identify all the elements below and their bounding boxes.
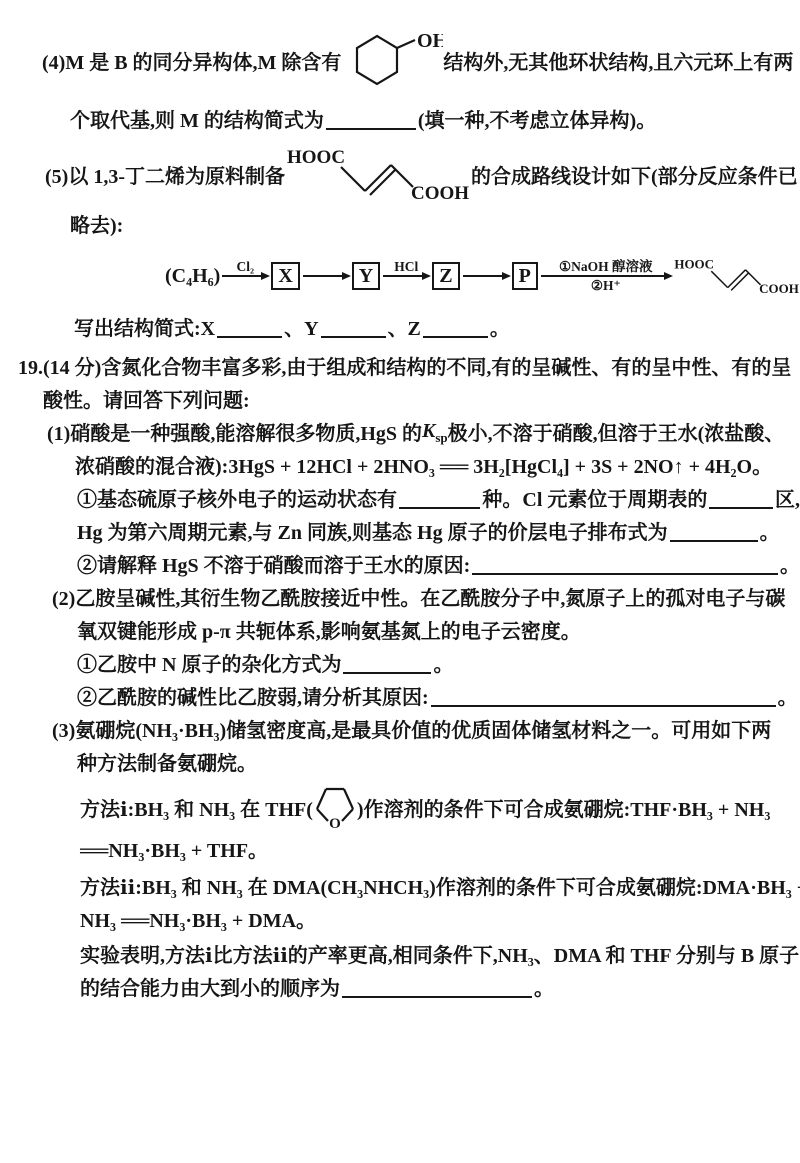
answer-blank-periodic-block <box>709 487 773 509</box>
q19-p2-sub1-text: ①乙胺中 N 原子的杂化方式为 <box>77 648 341 677</box>
svg-text:O: O <box>329 816 341 832</box>
answer-blank-x <box>217 316 282 338</box>
conclusion-period: 。 <box>534 972 554 1001</box>
arrow4-bottom-spacer <box>484 277 488 294</box>
q19-heading-text2: 酸性。请回答下列问题: <box>43 384 250 413</box>
q19-p3-conclusion-line2: 的结合能力由大到小的顺序为 。 <box>80 970 800 1003</box>
arrow3-reagent-label: HCl <box>392 258 420 275</box>
answers-y-label: 、Y <box>284 312 318 341</box>
thf-structure: O <box>313 782 357 832</box>
q19-p1-text2: 极小,不溶于硝酸,但溶于王水(浓盐酸、 <box>448 417 785 446</box>
q19-p2-sub2-period: 。 <box>778 681 798 710</box>
fumaric-acid-product-structure: HOOC COOH <box>673 246 800 306</box>
exam-paper-page: (4)M 是 B 的同分异构体,M 除含有 OH 结构外,无其他环状结构,且六元… <box>0 0 800 1163</box>
answers-z-label: 、Z <box>388 312 421 341</box>
q18-part4-text1: (4)M 是 B 的同分异构体,M 除含有 <box>42 46 341 75</box>
q18-part4-line2: 个取代基,则 M 的结构简式为 (填一种,不考虑立体异构)。 <box>70 102 800 135</box>
q19-p1-sub1-text2: 种。Cl 元素位于周期表的 <box>482 483 707 512</box>
q18-part4-text4: (填一种,不考虑立体异构)。 <box>418 104 656 133</box>
q19-p1-sub1-text3: 区, <box>775 483 800 512</box>
q19-p2-sub1-period: 。 <box>433 648 453 677</box>
q19-p1-sub1-text5: 。 <box>760 516 780 545</box>
q19-p3-line1: (3)氨硼烷(NH₃·BH₃)储氢密度高,是最具价值的优质固体储氢材料之一。可用… <box>52 712 800 745</box>
q18-part5-text3: 略去): <box>70 209 123 238</box>
q19-p1-sub1-line1: ①基态硫原子核外电子的运动状态有 种。Cl 元素位于周期表的 区, <box>77 481 800 514</box>
answer-blank-hgs-reason <box>472 553 778 575</box>
reaction-arrow-1: Cl₂ <box>222 258 268 294</box>
q19-p3-line2: 种方法制备氨硼烷。 <box>77 745 800 778</box>
arrow5-top-label: ①NaOH 醇溶液 <box>557 258 654 275</box>
scheme-box-x: X <box>271 262 299 290</box>
q18-part5-text1: (5)以 1,3-丁二烯为原料制备 <box>45 160 285 189</box>
scheme-box-p: P <box>512 262 538 290</box>
q18-part5-line2: 略去): <box>70 207 800 240</box>
svg-text:HOOC: HOOC <box>674 256 714 271</box>
svg-text:HOOC: HOOC <box>287 147 345 168</box>
q19-p1-text1: (1)硝酸是一种强酸,能溶解很多物质,HgS 的 <box>47 417 422 446</box>
answers-label: 写出结构简式:X <box>74 312 215 341</box>
q18-part4-line1: (4)M 是 B 的同分异构体,M 除含有 OH 结构外,无其他环状结构,且六元… <box>42 26 800 94</box>
arrow4-shaft <box>463 275 509 277</box>
arrow5-shaft <box>541 275 671 277</box>
q18-part4-text3: 个取代基,则 M 的结构简式为 <box>70 104 324 133</box>
arrow2-top-spacer <box>324 258 328 275</box>
arrow1-reagent-label: Cl₂ <box>235 258 257 275</box>
answer-blank-electron-states <box>399 487 480 509</box>
q19-p2-line1: (2)乙胺呈碱性,其衍生物乙酰胺接近中性。在乙酰胺分子中,氮原子上的孤对电子与碳 <box>52 580 800 613</box>
ksp-symbol: Ksp <box>422 420 448 443</box>
arrow2-shaft <box>303 275 349 277</box>
q19-p3-method2-line2: NH₃ ══NH₃·BH₃ + DMA。 <box>80 902 800 935</box>
answer-blank-y <box>321 316 386 338</box>
arrow5-bottom-label: ②H⁺ <box>589 277 623 294</box>
reaction-scheme: (C₄H₆) Cl₂ X Y HCl Z P ①NaOH 醇溶液 ②H⁺ <box>165 246 800 306</box>
arrow3-bottom-spacer <box>404 277 408 294</box>
answer-blank-binding-order <box>342 976 532 998</box>
q18-part5-text2: 的合成路线设计如下(部分反应条件已 <box>471 160 798 189</box>
answer-blank-z <box>423 316 488 338</box>
conclusion-text1: 实验表明,方法ⅰ比方法ⅱ的产率更高,相同条件下,NH₃、DMA 和 THF 分别… <box>80 939 799 968</box>
answer-blank-hybridization <box>343 652 431 674</box>
q19-p3-method1-line1: 方法ⅰ:BH₃ 和 NH₃ 在 THF( O )作溶剂的条件下可合成氨硼烷:TH… <box>80 782 800 832</box>
scheme-start-species: (C₄H₆) <box>165 265 220 288</box>
q19-p1-sub1-text1: ①基态硫原子核外电子的运动状态有 <box>77 483 397 512</box>
arrow4-top-spacer <box>484 258 488 275</box>
q19-p1-sub1-line2: Hg 为第六周期元素,与 Zn 同族,则基态 Hg 原子的价层电子排布式为 。 <box>77 514 800 547</box>
reaction-arrow-3: HCl <box>383 258 429 294</box>
method2-text1: 方法ⅱ:BH₃ 和 NH₃ 在 DMA(CH₃NHCH₃)作溶剂的条件下可合成氨… <box>80 871 800 900</box>
reaction-arrow-4 <box>463 258 509 294</box>
arrow3-shaft <box>383 275 429 277</box>
q19-p1-line1: (1)硝酸是一种强酸,能溶解很多物质,HgS 的 Ksp 极小,不溶于硝酸,但溶… <box>47 415 800 448</box>
fumaric-acid-structure: HOOC COOH <box>285 143 471 205</box>
q19-p1-sub2-text: ②请解释 HgS 不溶于硝酸而溶于王水的原因: <box>77 549 470 578</box>
q19-p2-sub1-line: ①乙胺中 N 原子的杂化方式为 。 <box>77 646 800 679</box>
answer-blank-m-structure <box>326 108 416 130</box>
method1-text2: )作溶剂的条件下可合成氨硼烷:THF·BH₃ + NH₃ <box>357 793 770 822</box>
q19-p2-line2: 氧双键能形成 p-π 共轭体系,影响氨基氮上的电子云密度。 <box>77 613 800 646</box>
answers-period: 。 <box>490 312 510 341</box>
q19-heading-text1: 19.(14 分)含氮化合物丰富多彩,由于组成和结构的不同,有的呈碱性、有的呈中… <box>18 351 791 380</box>
cyclohexanol-structure: OH <box>341 26 443 94</box>
svg-text:OH: OH <box>417 30 443 52</box>
arrow1-bottom-spacer <box>243 277 247 294</box>
q19-p3-conclusion-line1: 实验表明,方法ⅰ比方法ⅱ的产率更高,相同条件下,NH₃、DMA 和 THF 分别… <box>80 937 800 970</box>
q19-p1-sub1-text4: Hg 为第六周期元素,与 Zn 同族,则基态 Hg 原子的价层电子排布式为 <box>77 516 668 545</box>
arrow1-shaft <box>222 275 268 277</box>
q19-heading-line2: 酸性。请回答下列问题: <box>43 382 800 415</box>
q19-p3-method2-line1: 方法ⅱ:BH₃ 和 NH₃ 在 DMA(CH₃NHCH₃)作溶剂的条件下可合成氨… <box>80 869 800 902</box>
q18-part5-line1: (5)以 1,3-丁二烯为原料制备 HOOC COOH 的合成路线设计如下(部分… <box>45 143 800 205</box>
method1-text1: 方法ⅰ:BH₃ 和 NH₃ 在 THF( <box>80 793 313 822</box>
q19-p2-text2: 氧双键能形成 p-π 共轭体系,影响氨基氮上的电子云密度。 <box>77 615 581 644</box>
q19-heading-line1: 19.(14 分)含氮化合物丰富多彩,由于组成和结构的不同,有的呈碱性、有的呈中… <box>18 349 800 382</box>
q19-p3-text1: (3)氨硼烷(NH₃·BH₃)储氢密度高,是最具价值的优质固体储氢材料之一。可用… <box>52 714 771 743</box>
scheme-box-z: Z <box>432 262 459 290</box>
arrow2-bottom-spacer <box>324 277 328 294</box>
q18-part5-answers-line: 写出结构简式:X 、Y 、Z 。 <box>74 310 800 343</box>
q19-p2-text1: (2)乙胺呈碱性,其衍生物乙酰胺接近中性。在乙酰胺分子中,氮原子上的孤对电子与碳 <box>52 582 785 611</box>
conclusion-text2: 的结合能力由大到小的顺序为 <box>80 972 340 1001</box>
answer-blank-valence-configuration <box>670 520 758 542</box>
q19-p1-sub2-line: ②请解释 HgS 不溶于硝酸而溶于王水的原因: 。 <box>77 547 800 580</box>
method1-equation-continuation: ══NH₃·BH₃ + THF。 <box>80 834 268 863</box>
q19-p3-method1-line2: ══NH₃·BH₃ + THF。 <box>80 832 800 865</box>
answer-blank-basicity-reason <box>431 685 776 707</box>
q19-p1-line2-equation: 浓硝酸的混合液):3HgS + 12HCl + 2HNO₃ ══ 3H₂[HgC… <box>75 448 800 481</box>
q19-p2-sub2-text: ②乙酰胺的碱性比乙胺弱,请分析其原因: <box>77 681 429 710</box>
svg-text:COOH: COOH <box>759 281 799 296</box>
aqua-regia-equation: 浓硝酸的混合液):3HgS + 12HCl + 2HNO₃ ══ 3H₂[HgC… <box>75 450 772 479</box>
reaction-arrow-2 <box>303 258 349 294</box>
method2-equation-continuation: NH₃ ══NH₃·BH₃ + DMA。 <box>80 904 316 933</box>
scheme-box-y: Y <box>352 262 380 290</box>
reaction-arrow-5: ①NaOH 醇溶液 ②H⁺ <box>541 258 671 294</box>
svg-text:COOH: COOH <box>411 183 469 204</box>
q18-part4-text2: 结构外,无其他环状结构,且六元环上有两 <box>443 46 793 75</box>
q19-p2-sub2-line: ②乙酰胺的碱性比乙胺弱,请分析其原因: 。 <box>77 679 800 712</box>
q19-p1-sub2-period: 。 <box>780 549 800 578</box>
q19-p3-text2: 种方法制备氨硼烷。 <box>77 747 257 776</box>
